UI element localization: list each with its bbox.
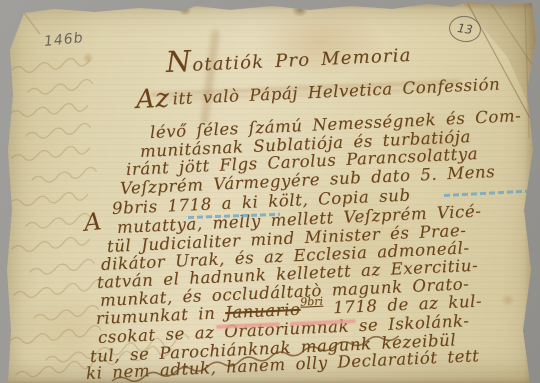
page-number: 13 — [456, 21, 473, 37]
blue-underline-date-1 — [444, 189, 534, 197]
ink-smudge-vertical — [200, 30, 220, 125]
paper-sheet: 146b 13 Notatiók Pro Memoria Azitt valò … — [0, 0, 540, 383]
manuscript-title: Notatiók Pro Memoria — [166, 47, 412, 76]
margin-exhibit-letter: A — [84, 221, 101, 223]
initial-capital: Az — [135, 83, 170, 114]
handwriting-line: Azitt valò Pápáj Helvetica Confessión — [136, 75, 501, 110]
pencil-archival-number: 146b — [43, 30, 84, 50]
paper-edge-shading — [0, 0, 540, 10]
manuscript-scan: 146b 13 Notatiók Pro Memoria Azitt valò … — [0, 0, 540, 383]
paper-edge-shading — [524, 0, 540, 383]
inserted-correction: 9bri — [300, 295, 323, 309]
